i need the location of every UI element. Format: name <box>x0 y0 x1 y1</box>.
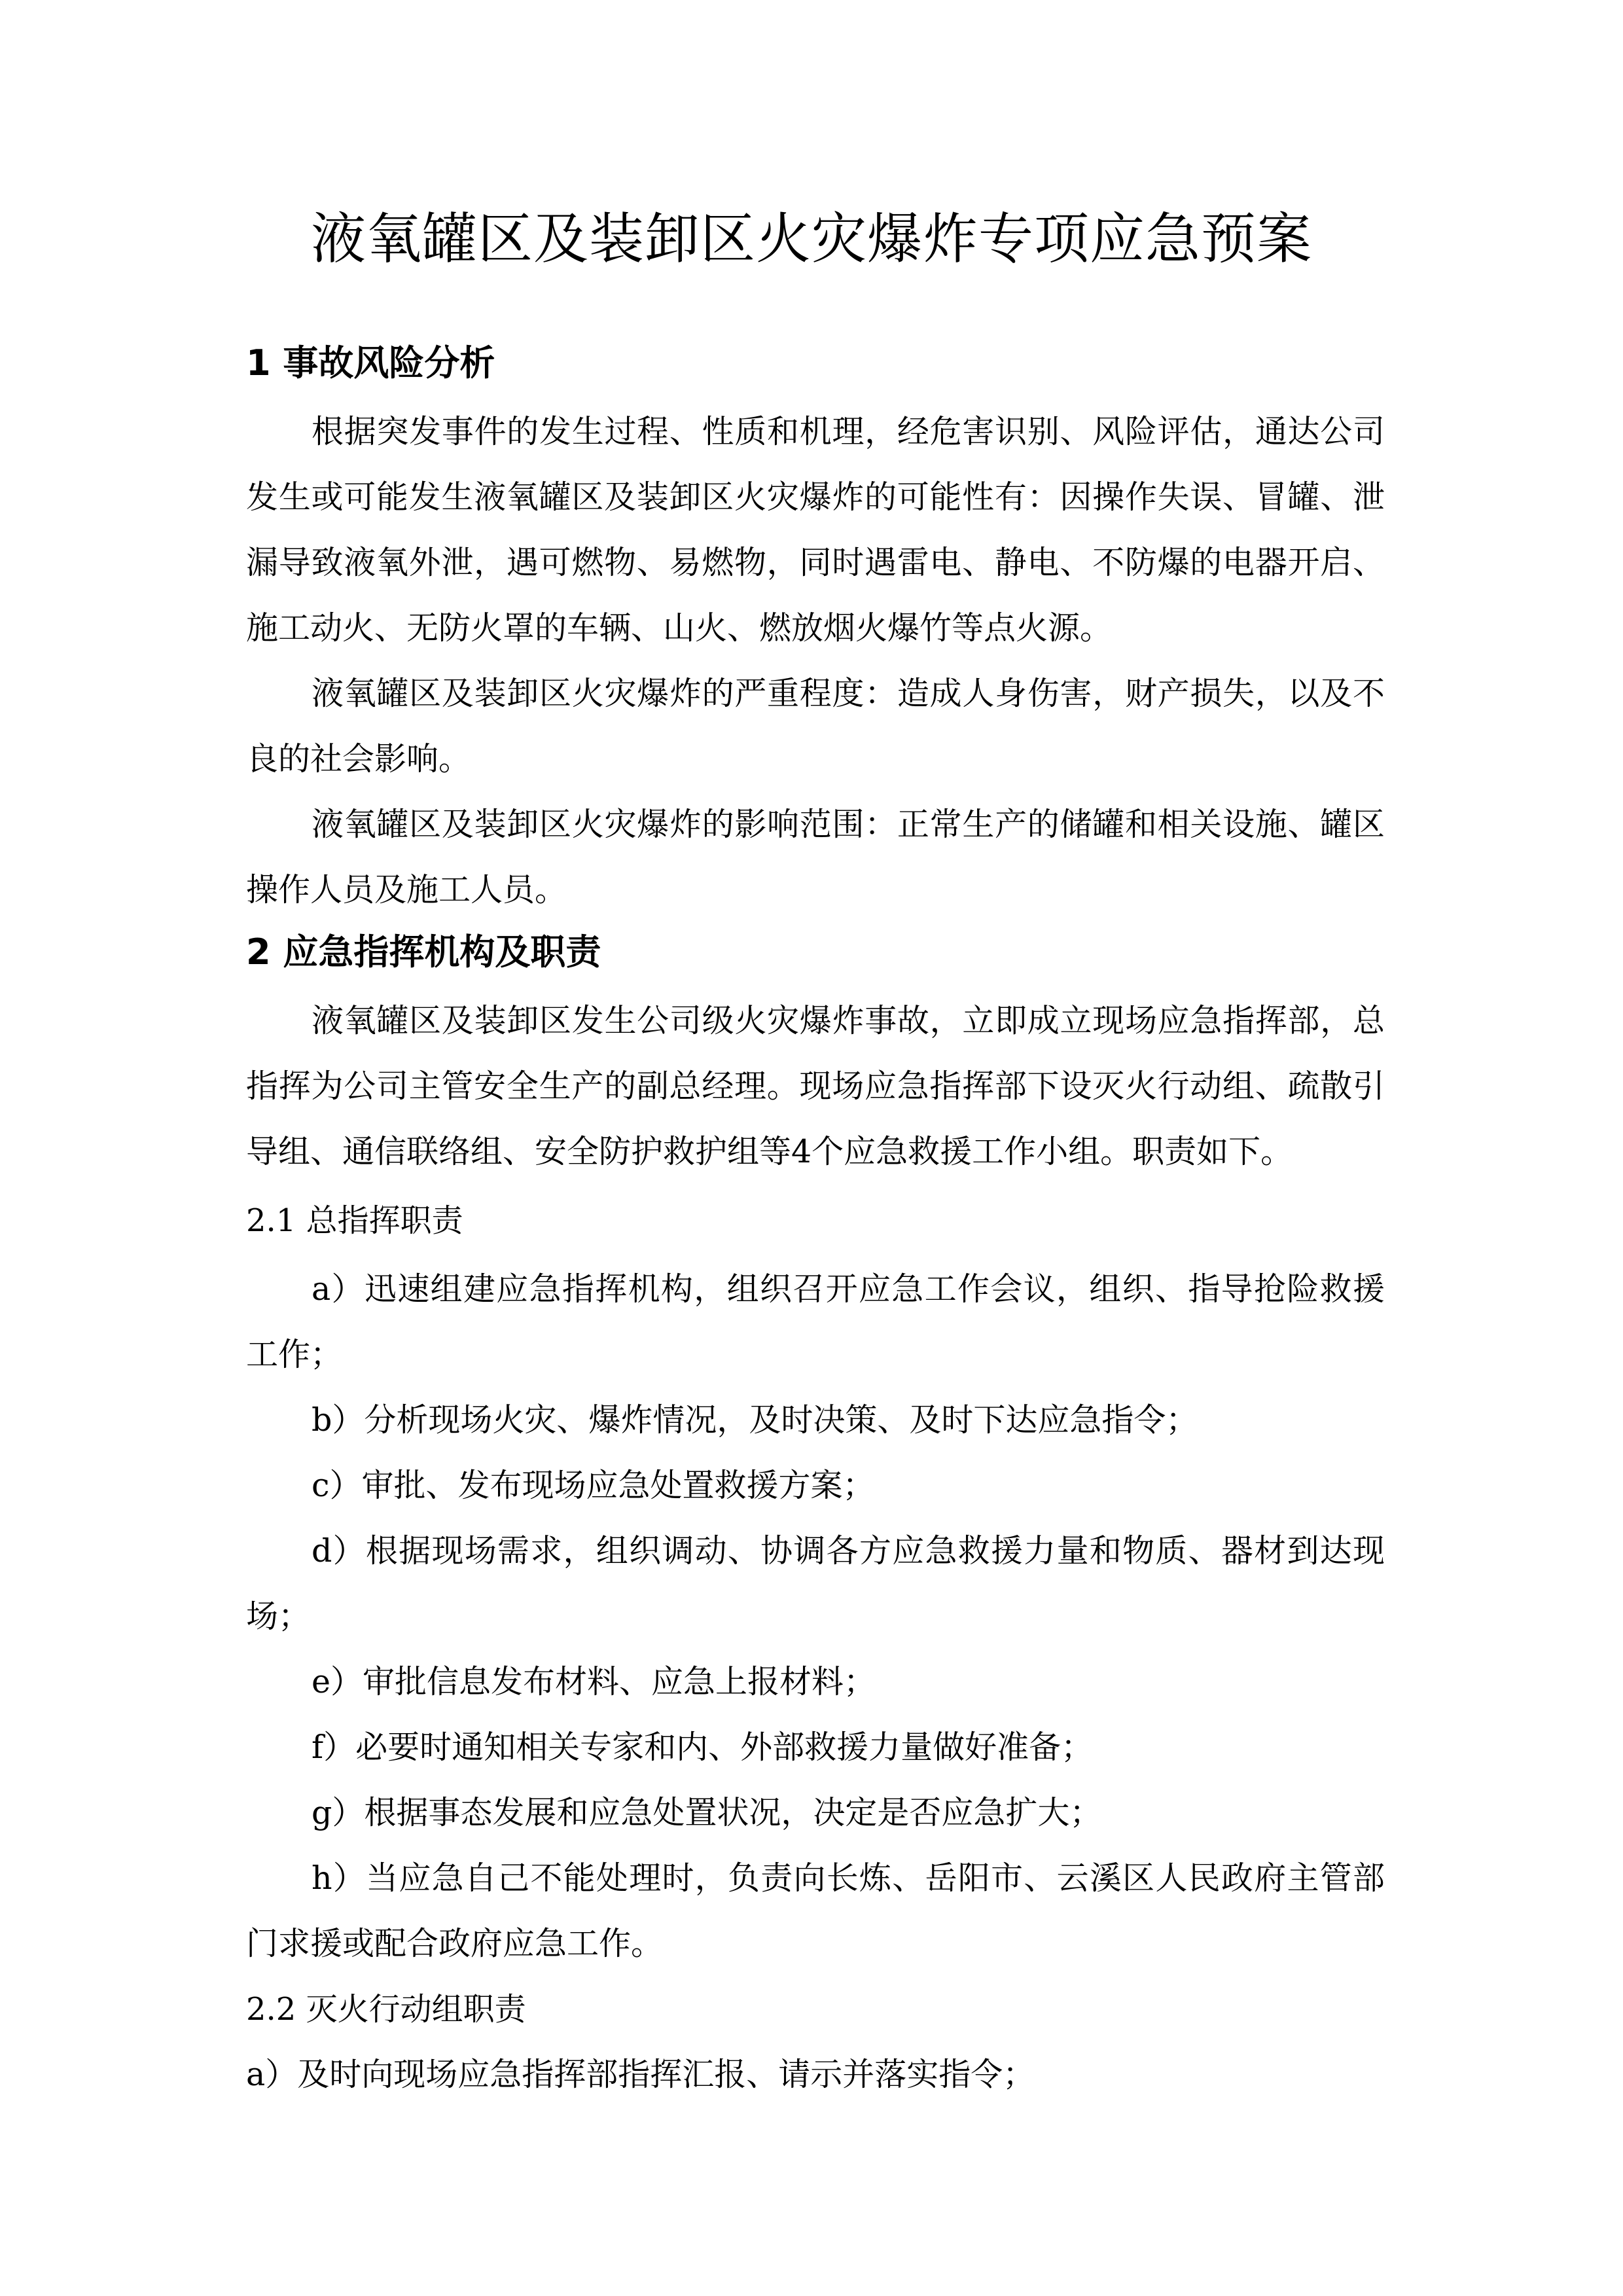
list-item-c: c）审批、发布现场应急处置救援方案； <box>312 1463 1385 1509</box>
paragraph-line: 漏导致液氧外泄，遇可燃物、易燃物，同时遇雷电、静电、不防爆的电器开启、 <box>246 540 1385 586</box>
list-item-h: h）当应急自己不能处理时，负责向长炼、岳阳市、云溪区人民政府主管部 <box>312 1856 1385 1901</box>
list-item-d: d）根据现场需求，组织调动、协调各方应急救援力量和物质、器材到达现 <box>312 1528 1385 1574</box>
list-item-h-cont: 门求援或配合政府应急工作。 <box>246 1921 1385 1967</box>
document-page: 液氧罐区及装卸区火灾爆炸专项应急预案 1 事故风险分析 根据突发事件的发生过程、… <box>0 0 1623 2296</box>
document-title: 液氧罐区及装卸区火灾爆炸专项应急预案 <box>0 200 1623 278</box>
paragraph-line: 指挥为公司主管安全生产的副总经理。现场应急指挥部下设灭火行动组、疏散引 <box>246 1064 1385 1109</box>
paragraph-line: 导组、通信联络组、安全防护救护组等4个应急救援工作小组。职责如下。 <box>246 1129 1385 1175</box>
list-item-f: f）必要时通知相关专家和内、外部救援力量做好准备； <box>312 1725 1385 1770</box>
paragraph-line: 施工动火、无防火罩的车辆、山火、燃放烟火爆竹等点火源。 <box>246 605 1385 651</box>
paragraph-line: 操作人员及施工人员。 <box>246 867 1385 913</box>
list-item-a: a）及时向现场应急指挥部指挥汇报、请示并落实指令； <box>246 2052 1385 2098</box>
paragraph-line: 根据突发事件的发生过程、性质和机理，经危害识别、风险评估，通达公司 <box>312 409 1385 455</box>
list-item-a-cont: 工作； <box>246 1332 1385 1378</box>
list-item-d-cont: 场； <box>246 1594 1385 1640</box>
list-item-g: g）根据事态发展和应急处置状况，决定是否应急扩大； <box>312 1790 1385 1836</box>
subsection-heading-2-2: 2.2 灭火行动组职责 <box>246 1986 526 2032</box>
paragraph-line: 良的社会影响。 <box>246 736 1385 782</box>
paragraph-line: 液氧罐区及装卸区火灾爆炸的影响范围：正常生产的储罐和相关设施、罐区 <box>312 802 1385 848</box>
list-item-e: e）审批信息发布材料、应急上报材料； <box>312 1659 1385 1705</box>
paragraph-line: 液氧罐区及装卸区火灾爆炸的严重程度：造成人身伤害，财产损失，以及不 <box>312 671 1385 717</box>
section-heading-1: 1 事故风险分析 <box>246 340 495 386</box>
paragraph-line: 液氧罐区及装卸区发生公司级火灾爆炸事故，立即成立现场应急指挥部，总 <box>312 998 1385 1044</box>
list-item-a: a）迅速组建应急指挥机构，组织召开应急工作会议，组织、指导抢险救援 <box>312 1266 1385 1312</box>
subsection-heading-2-1: 2.1 总指挥职责 <box>246 1198 463 1244</box>
paragraph-line: 发生或可能发生液氧罐区及装卸区火灾爆炸的可能性有：因操作失误、冒罐、泄 <box>246 475 1385 520</box>
list-item-b: b）分析现场火灾、爆炸情况，及时决策、及时下达应急指令； <box>312 1397 1385 1443</box>
section-heading-2: 2 应急指挥机构及职责 <box>246 929 601 975</box>
